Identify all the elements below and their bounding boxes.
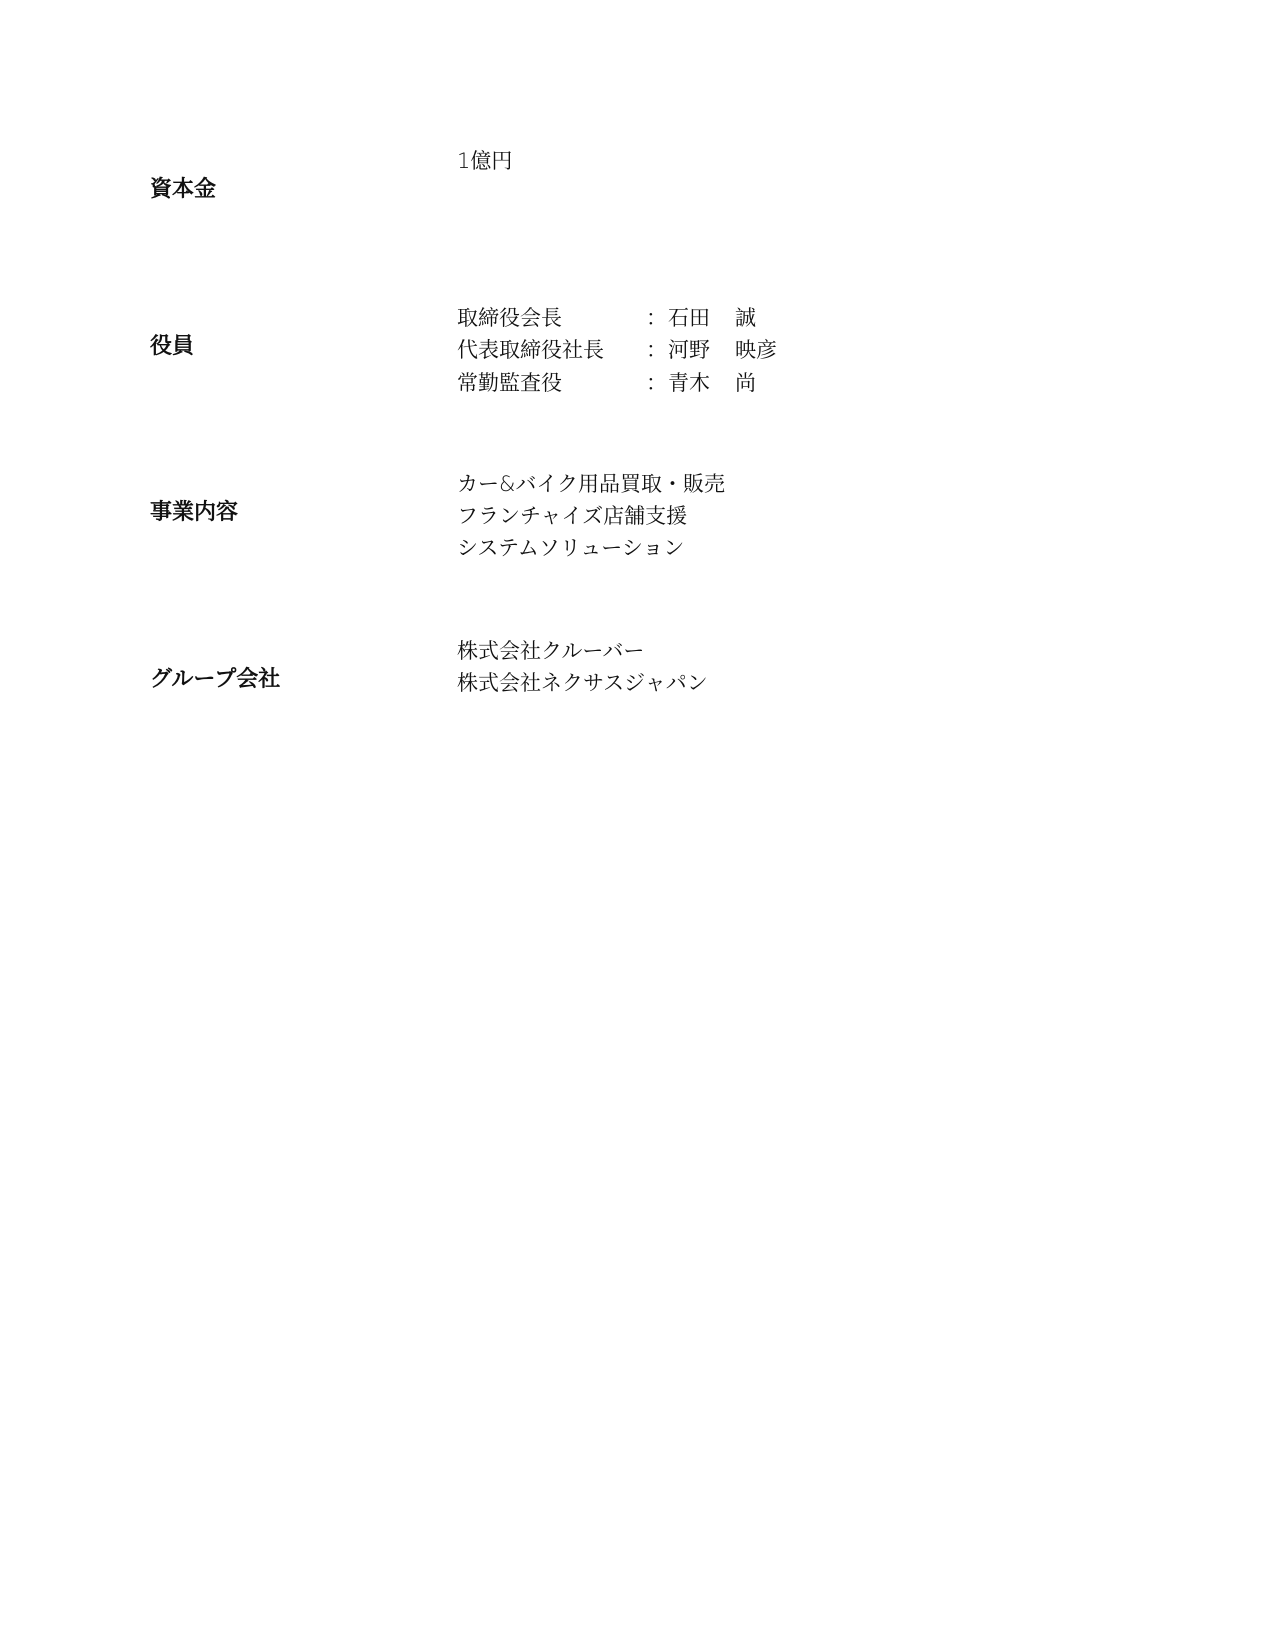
- officer-family-name: 石田: [668, 308, 710, 329]
- officer-separator: ：: [646, 340, 667, 361]
- officer-separator: ：: [646, 308, 667, 329]
- capital-value: 1億円: [457, 151, 512, 172]
- officer-given-name: 誠: [735, 308, 756, 329]
- business-label: 事業内容: [150, 502, 238, 524]
- group-label: グループ会社: [150, 669, 280, 691]
- officer-title: 常勤監査役: [457, 373, 562, 394]
- officer-given-name: 映彦: [735, 340, 777, 361]
- business-item: フランチャイズ店舗支援: [457, 506, 687, 527]
- business-item: カー&バイク用品買取・販売: [457, 474, 725, 495]
- officer-family-name: 河野: [668, 340, 710, 361]
- officer-separator: ：: [646, 373, 667, 394]
- group-company: 株式会社クルーバー: [457, 641, 644, 662]
- officer-given-name: 尚: [735, 373, 756, 394]
- officer-title: 代表取締役社長: [457, 340, 604, 361]
- group-company: 株式会社ネクサスジャパン: [457, 673, 708, 694]
- officers-label: 役員: [150, 336, 194, 358]
- business-item: システムソリューション: [457, 538, 684, 559]
- officer-family-name: 青木: [668, 373, 710, 394]
- capital-label: 資本金: [150, 179, 216, 201]
- officer-title: 取締役会長: [457, 308, 562, 329]
